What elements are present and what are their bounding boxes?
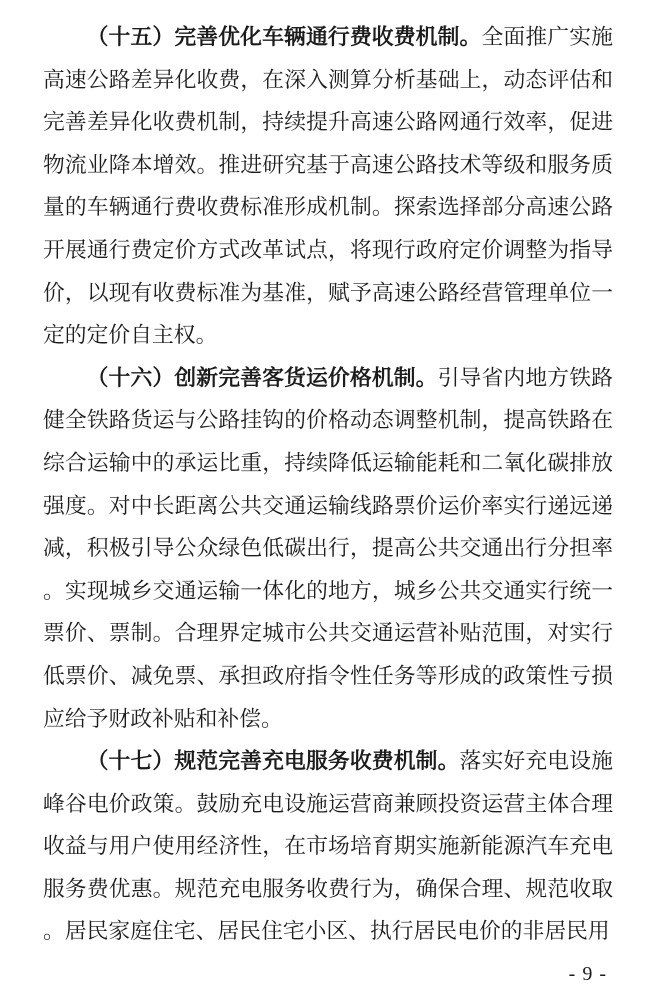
paragraph-section-17: （十七）规范完善充电服务收费机制。落实好充电设施峰谷电价政策。鼓励充电设施运营商… — [43, 740, 613, 953]
section-16-heading: （十六）创新完善客货运价格机制。 — [87, 366, 438, 390]
paragraph-section-15: （十五）完善优化车辆通行费收费机制。全面推广实施高速公路差异化收费，在深入测算分… — [43, 16, 613, 357]
section-17-body-text: 落实好充电设施峰谷电价政策。鼓励充电设施运营商兼顾投资运营主体合理收益与用户使用… — [43, 749, 613, 943]
paragraph-section-16: （十六）创新完善客货运价格机制。引导省内地方铁路健全铁路货运与公路挂钩的价格动态… — [43, 357, 613, 740]
section-15-body-text: 全面推广实施高速公路差异化收费，在深入测算分析基础上，动态评估和完善差异化收费机… — [43, 25, 613, 347]
section-15-heading: （十五）完善优化车辆通行费收费机制。 — [87, 25, 482, 49]
page-number: - 9 - — [569, 963, 607, 986]
document-body: （十五）完善优化车辆通行费收费机制。全面推广实施高速公路差异化收费，在深入测算分… — [43, 16, 613, 953]
section-17-heading: （十七）规范完善充电服务收费机制。 — [87, 749, 460, 773]
document-page: （十五）完善优化车辆通行费收费机制。全面推广实施高速公路差异化收费，在深入测算分… — [0, 0, 655, 997]
section-16-body-text: 引导省内地方铁路健全铁路货运与公路挂钩的价格动态调整机制，提高铁路在综合运输中的… — [43, 366, 613, 731]
